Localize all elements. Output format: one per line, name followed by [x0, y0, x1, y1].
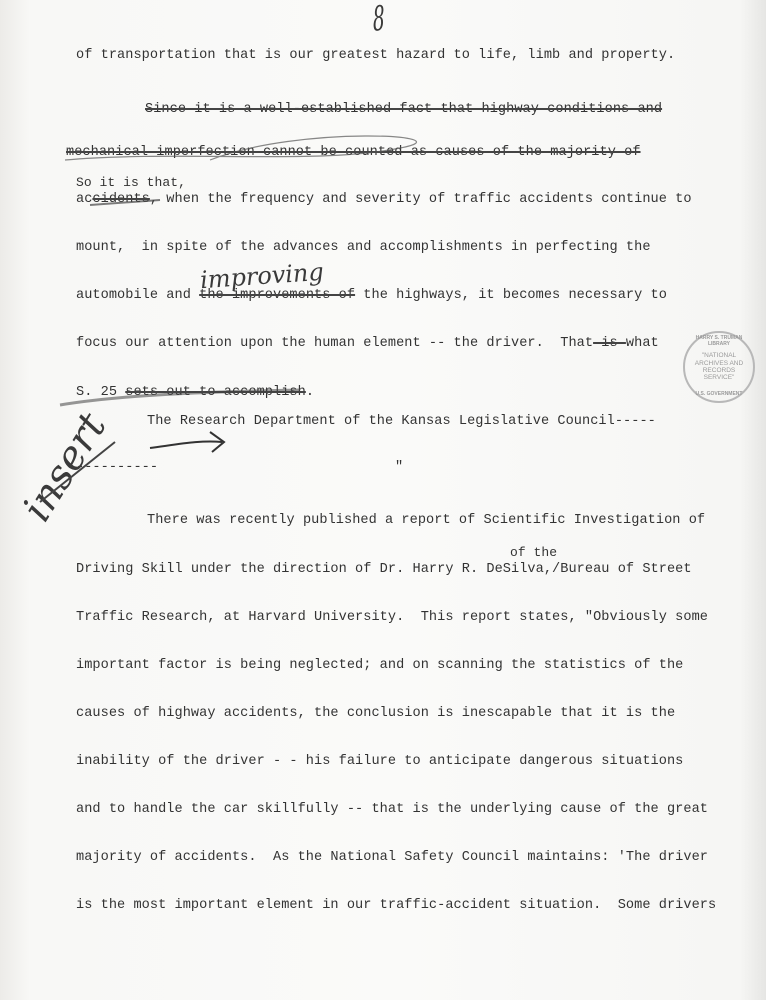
text-line: inability of the driver - - his failure …	[76, 754, 683, 769]
text-fragment: what	[626, 336, 659, 351]
text-fragment: focus our attention upon the human eleme…	[76, 336, 593, 351]
quote-mark: "	[395, 460, 403, 475]
text-line: Traffic Research, at Harvard University.…	[76, 610, 708, 625]
text-line: The Research Department of the Kansas Le…	[147, 414, 656, 429]
struck-text-line: Since it is a well-established fact that…	[145, 102, 662, 117]
text-line: of transportation that is our greatest h…	[76, 48, 675, 63]
text-line: important factor is being neglected; and…	[76, 658, 683, 673]
stamp-text: SERVICE"	[704, 374, 735, 381]
text-fragment: ac	[76, 192, 92, 207]
interlinear-insertion: So it is that,	[76, 175, 186, 190]
text-line: mount, in spite of the advances and acco…	[76, 240, 651, 255]
text-line: causes of highway accidents, the conclus…	[76, 706, 675, 721]
archive-stamp: HARRY S. TRUMAN LIBRARY "NATIONAL ARCHIV…	[683, 331, 755, 403]
struck-fragment: sets out to accomplish	[125, 385, 306, 400]
text-fragment: .	[306, 385, 314, 400]
text-line: is the most important element in our tra…	[76, 898, 716, 913]
text-fragment: , when the frequency and severity of tra…	[150, 192, 692, 207]
struck-text-line: mechanical imperfection cannot be counte…	[66, 145, 641, 160]
text-line: focus our attention upon the human eleme…	[76, 336, 659, 351]
stamp-text: RECORDS	[703, 367, 736, 374]
stamp-text: ARCHIVES AND	[695, 360, 743, 367]
text-line: accidents, when the frequency and severi…	[76, 192, 692, 207]
stamp-ring-top: HARRY S. TRUMAN LIBRARY	[685, 336, 753, 348]
text-fragment: automobile and	[76, 288, 199, 303]
stamp-ring-bottom: U.S. GOVERNMENT	[696, 392, 743, 398]
text-line: automobile and the improvements of the h…	[76, 288, 667, 303]
text-fragment: the highways, it becomes necessary to	[355, 288, 667, 303]
text-line: and to handle the car skillfully -- that…	[76, 802, 708, 817]
handwritten-page-number: 8	[372, 0, 385, 40]
text-line: Driving Skill under the direction of Dr.…	[76, 562, 692, 577]
interlinear-insertion: of the	[510, 545, 557, 560]
struck-fragment: cidents	[92, 192, 149, 207]
struck-fragment: the improvements of	[199, 288, 355, 303]
stamp-text: "NATIONAL	[702, 352, 736, 359]
text-line: majority of accidents. As the National S…	[76, 850, 708, 865]
text-line: There was recently published a report of…	[147, 513, 705, 528]
struck-fragment: is	[593, 336, 626, 351]
text-fragment: S. 25	[76, 385, 125, 400]
text-line: S. 25 sets out to accomplish.	[76, 385, 314, 400]
document-page: 8 of transportation that is our greatest…	[0, 0, 766, 1000]
